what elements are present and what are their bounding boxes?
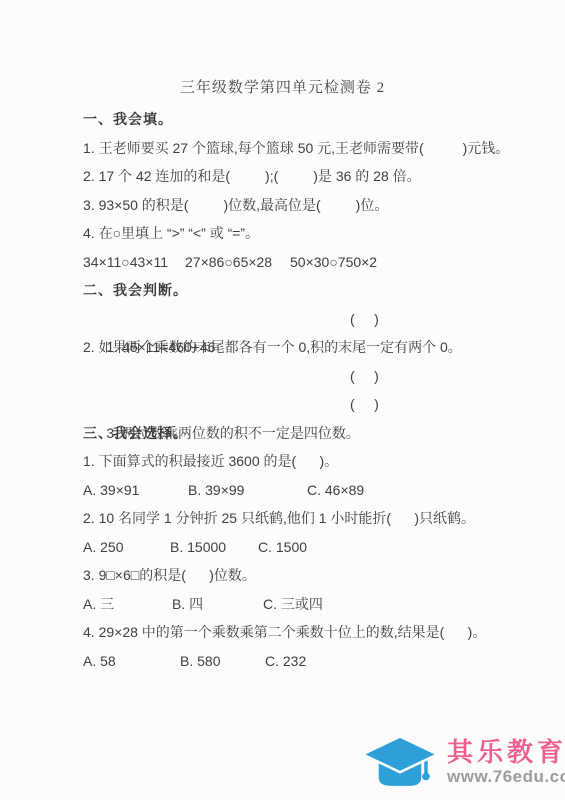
brand-name: 其乐教育 — [447, 738, 565, 768]
choice-q1-option-a: A. 39×91 — [83, 476, 188, 505]
choice-q1-option-b: B. 39×99 — [188, 476, 307, 505]
choice-q3-option-c: C. 三或四 — [263, 590, 537, 619]
compare-expression-3: 50×30○750×2 — [290, 248, 537, 277]
brand-text-block: 其乐教育 www.76edu.com — [447, 738, 565, 787]
choice-question-3: 3. 9□×6□的积是( )位数。 — [83, 561, 537, 590]
choice-q2-option-b: B. 15000 — [170, 533, 258, 562]
fill-question-2: 2. 17 个 42 连加的和是( );( )是 36 的 28 倍。 — [83, 162, 537, 191]
choice-question-4: 4. 29×28 中的第一个乘数乘第二个乘数十位上的数,结果是( )。 — [83, 618, 537, 647]
choice-q3-option-b: B. 四 — [172, 590, 263, 619]
choice-q2-option-a: A. 250 — [83, 533, 170, 562]
choice-question-2: 2. 10 名同学 1 分钟折 25 只纸鹤,他们 1 小时能折( )只纸鹤。 — [83, 504, 537, 533]
section-judge-heading: 二、我会判断。 — [83, 276, 537, 305]
fill-question-3: 3. 93×50 的积是( )位数,最高位是( )位。 — [83, 191, 537, 220]
judge-question-3: 3. 两位数乘两位数的积不一定是四位数。 ( ) — [83, 390, 537, 419]
compare-expression-1: 34×11○43×11 — [83, 248, 185, 277]
choice-q1-option-c: C. 46×89 — [307, 476, 537, 505]
compare-expression-2: 27×86○65×28 — [185, 248, 290, 277]
compare-expressions-row: 34×11○43×11 27×86○65×28 50×30○750×2 — [83, 248, 537, 277]
choice-q3-option-a: A. 三 — [83, 590, 172, 619]
graduation-cap-icon — [360, 733, 440, 791]
choice-q4-option-b: B. 580 — [180, 647, 265, 676]
section-choice-heading: 三、我会选择。 — [83, 419, 537, 448]
choice-question-1: 1. 下面算式的积最接近 3600 的是( )。 — [83, 447, 537, 476]
judge-question-1-answer-blank: ( ) — [350, 305, 379, 334]
section-fill-heading: 一、我会填。 — [83, 105, 537, 134]
brand-url: www.76edu.com — [447, 768, 565, 787]
judge-question-1: 1. 46×11=460+46 ( ) — [83, 305, 537, 334]
page-title: 三年级数学第四单元检测卷 2 — [0, 0, 565, 97]
choice-question-2-options: A. 250 B. 15000 C. 1500 — [83, 533, 537, 562]
fill-question-1: 1. 王老师要买 27 个篮球,每个篮球 50 元,王老师需要带( )元钱。 — [83, 134, 537, 163]
choice-q2-option-c: C. 1500 — [258, 533, 537, 562]
choice-question-4-options: A. 58 B. 580 C. 232 — [83, 647, 537, 676]
judge-question-3-answer-blank: ( ) — [350, 390, 379, 419]
worksheet-page: 三年级数学第四单元检测卷 2 一、我会填。 1. 王老师要买 27 个篮球,每个… — [0, 0, 565, 800]
judge-question-2-answer-blank: ( ) — [350, 362, 379, 391]
choice-q4-option-c: C. 232 — [265, 647, 537, 676]
worksheet-body: 一、我会填。 1. 王老师要买 27 个篮球,每个篮球 50 元,王老师需要带(… — [0, 105, 565, 675]
fill-question-4: 4. 在○里填上 “>” “<” 或 “=”。 — [83, 219, 537, 248]
choice-q4-option-a: A. 58 — [83, 647, 180, 676]
brand-watermark: 其乐教育 www.76edu.com — [360, 733, 565, 791]
choice-question-1-options: A. 39×91 B. 39×99 C. 46×89 — [83, 476, 537, 505]
judge-question-2-answer-line: ( ) — [83, 362, 537, 391]
choice-question-3-options: A. 三 B. 四 C. 三或四 — [83, 590, 537, 619]
judge-question-2: 2. 如果两个乘数的末尾都各有一个 0,积的末尾一定有两个 0。 — [83, 333, 537, 362]
